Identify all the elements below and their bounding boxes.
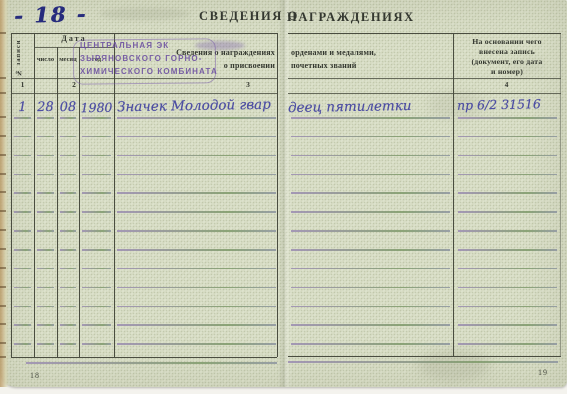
stamp-text-line2: ЗЫРЯНОВСКОГО ГОРНО- (80, 54, 203, 63)
ruled-line (291, 174, 450, 176)
ruled-line (458, 136, 557, 138)
binding-edge (0, 0, 9, 387)
ruled-line (82, 136, 111, 138)
ruled-line (82, 249, 111, 251)
entry-day: 28 (34, 100, 57, 115)
ruled-line (37, 287, 54, 289)
ruled-line (82, 306, 111, 308)
stamp-text-line1: ЦЕНТРАЛЬНАЯ ЭК (80, 41, 169, 50)
ruled-line (117, 268, 276, 270)
ruled-line (458, 324, 557, 326)
table-line (288, 356, 561, 357)
table-line (11, 33, 277, 34)
ruled-line (291, 230, 450, 232)
ruled-line (60, 230, 76, 232)
ruled-line (458, 343, 557, 345)
ruled-line (117, 306, 276, 308)
ruled-line (117, 343, 276, 345)
ruled-line (291, 211, 450, 213)
ruled-line (14, 155, 31, 157)
ruled-line (60, 155, 76, 157)
ruled-line (37, 117, 54, 119)
page-edge-tick (0, 305, 6, 307)
ruled-line (117, 324, 276, 326)
ruled-line (14, 117, 31, 119)
ruled-line (60, 324, 76, 326)
table-line (288, 78, 561, 79)
column-header-basis-line2: внесена запись (455, 48, 559, 57)
column-header-day: число (34, 56, 57, 63)
ruled-line (82, 268, 111, 270)
page-edge-tick (0, 248, 6, 250)
column-header-awards-cont-line2: почетных званий (291, 62, 357, 71)
ruled-line (60, 343, 76, 345)
column-header-awards-cont-line1: орденами и медалями, (291, 49, 376, 58)
stain (100, 8, 190, 20)
ruled-line (82, 174, 111, 176)
ruled-line (14, 306, 31, 308)
page-edge-tick (0, 116, 6, 118)
ruled-line (117, 287, 276, 289)
ruled-line (37, 324, 54, 326)
column-header-basis-line1: На основании чего (455, 38, 559, 47)
page-edge-tick (0, 154, 6, 156)
workbook-spread: - 18 - СВЕДЕНИЯ О НАГРАЖДЕНИЯХ № записи … (0, 0, 567, 387)
ruled-line (458, 230, 557, 232)
ruled-line (291, 268, 450, 270)
page-edge-tick (0, 135, 6, 137)
ruled-line (60, 211, 76, 213)
ruled-line (117, 155, 276, 157)
ruled-line (37, 249, 54, 251)
ruled-line (14, 192, 31, 194)
ruled-line (37, 136, 54, 138)
ruled-line (458, 268, 557, 270)
ruled-line (291, 155, 450, 157)
ruled-line (60, 306, 76, 308)
ruled-line (291, 136, 450, 138)
ruled-line (458, 192, 557, 194)
ruled-line (60, 174, 76, 176)
ruled-line (458, 211, 557, 213)
table-line (277, 33, 278, 357)
page-edge-tick (0, 267, 6, 269)
ruled-line (14, 287, 31, 289)
column-number-4: 4 (453, 81, 560, 89)
ruled-line (117, 117, 276, 119)
ruled-line (14, 230, 31, 232)
page-edge-tick (0, 173, 6, 175)
table-line (11, 357, 277, 358)
page-edge-tick (0, 356, 6, 358)
entry-month: 08 (57, 100, 79, 115)
ruled-line (37, 155, 54, 157)
ruled-line (14, 268, 31, 270)
entry-record-no: 1 (11, 100, 34, 115)
page-title-left: СВЕДЕНИЯ О (199, 10, 299, 24)
ruled-line (117, 211, 276, 213)
ruled-line (37, 230, 54, 232)
ruled-line (14, 174, 31, 176)
stamp-text-line3: ХИМИЧЕСКОГО КОМБИНАТА (80, 67, 218, 76)
footer-page-number-left: 18 (30, 371, 40, 380)
ruled-line (117, 192, 276, 194)
stamp-smear (195, 41, 245, 50)
entry-basis-text: пр 6/2 31516 (457, 96, 541, 112)
ruled-line (14, 324, 31, 326)
page-edge-tick (0, 191, 6, 193)
ruled-line (291, 192, 450, 194)
ruled-line (82, 287, 111, 289)
page-edge-tick (0, 77, 6, 79)
ruled-line (37, 174, 54, 176)
page-edge-tick (0, 210, 6, 212)
ruled-line (60, 192, 76, 194)
page-edge-tick (0, 342, 6, 344)
page-edge-tick (0, 323, 6, 325)
ruled-line (117, 174, 276, 176)
table-line (288, 33, 561, 34)
ruled-line (60, 117, 76, 119)
ruled-line (458, 155, 557, 157)
table-line (560, 33, 561, 356)
ruled-line (60, 136, 76, 138)
ruled-line (291, 324, 450, 326)
entry-award-text-left: Значек Молодой гвар (117, 97, 271, 116)
workbook-scan: - 18 - СВЕДЕНИЯ О НАГРАЖДЕНИЯХ № записи … (0, 0, 567, 394)
ruled-line (37, 306, 54, 308)
page-edge-tick (0, 92, 6, 94)
ruled-line (14, 136, 31, 138)
page-edge-tick (0, 229, 6, 231)
ruled-line (82, 192, 111, 194)
center-fold (278, 0, 292, 387)
ruled-line (458, 174, 557, 176)
page-edge-tick (0, 32, 6, 34)
ruled-line (458, 249, 557, 251)
entry-award-text-right: деец пятилетки (288, 98, 412, 116)
ruled-line (117, 136, 276, 138)
ruled-line (117, 230, 276, 232)
ruled-line (60, 249, 76, 251)
ruled-line (458, 117, 557, 119)
table-line (288, 93, 561, 94)
ruled-line (82, 324, 111, 326)
column-header-basis-line4: и номер) (455, 68, 559, 77)
ruled-line (14, 211, 31, 213)
ruled-line (291, 306, 450, 308)
ruled-line (291, 287, 450, 289)
ruled-line (82, 117, 111, 119)
ruled-line (37, 343, 54, 345)
ruled-line (14, 249, 31, 251)
table-line (11, 93, 277, 94)
ruled-line (291, 249, 450, 251)
ruled-line (82, 230, 111, 232)
ruled-line (291, 117, 450, 119)
column-number-3: 3 (238, 81, 258, 89)
ruled-line (458, 306, 557, 308)
page-edge-tick (0, 286, 6, 288)
column-number-1: 1 (11, 81, 34, 89)
ruled-line (117, 249, 276, 251)
ruled-line (14, 343, 31, 345)
ruled-line (458, 287, 557, 289)
handwritten-page-marker: - 18 - (14, 1, 88, 28)
entry-year: 1980 (79, 100, 114, 116)
ruled-line (26, 362, 277, 364)
ruled-line (82, 155, 111, 157)
ruled-line (291, 343, 450, 345)
ruled-line (37, 268, 54, 270)
ruled-line (37, 211, 54, 213)
stain (418, 350, 490, 380)
ruled-line (37, 192, 54, 194)
ruled-line (60, 287, 76, 289)
ruled-line (288, 361, 558, 363)
ruled-line (60, 268, 76, 270)
column-header-basis-line3: (документ, его дата (455, 58, 559, 67)
ruled-line (82, 211, 111, 213)
page-title-right: НАГРАЖДЕНИЯХ (287, 11, 415, 25)
ruled-line (82, 343, 111, 345)
column-header-record-no: № записи (15, 40, 22, 76)
footer-page-number-right: 19 (538, 368, 548, 377)
